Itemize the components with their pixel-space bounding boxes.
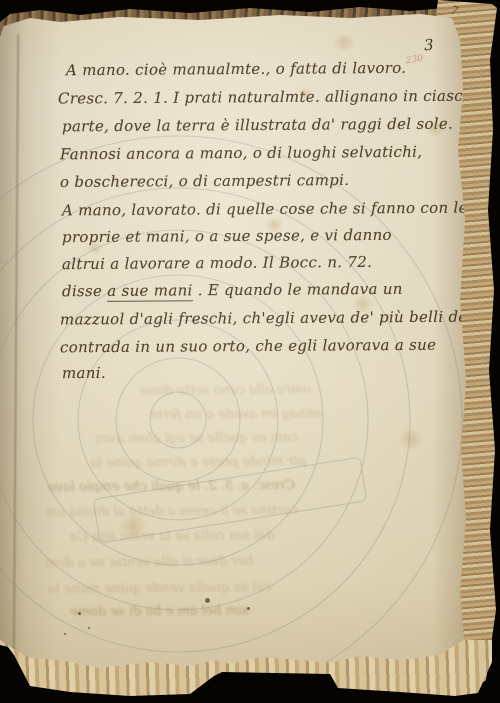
- photo-vignette: [0, 0, 500, 703]
- manuscript-page: omra alla cano setto dimoonnag im avede …: [0, 0, 500, 703]
- manuscript-photo: omra alla cano setto dimoonnag im avede …: [0, 0, 500, 703]
